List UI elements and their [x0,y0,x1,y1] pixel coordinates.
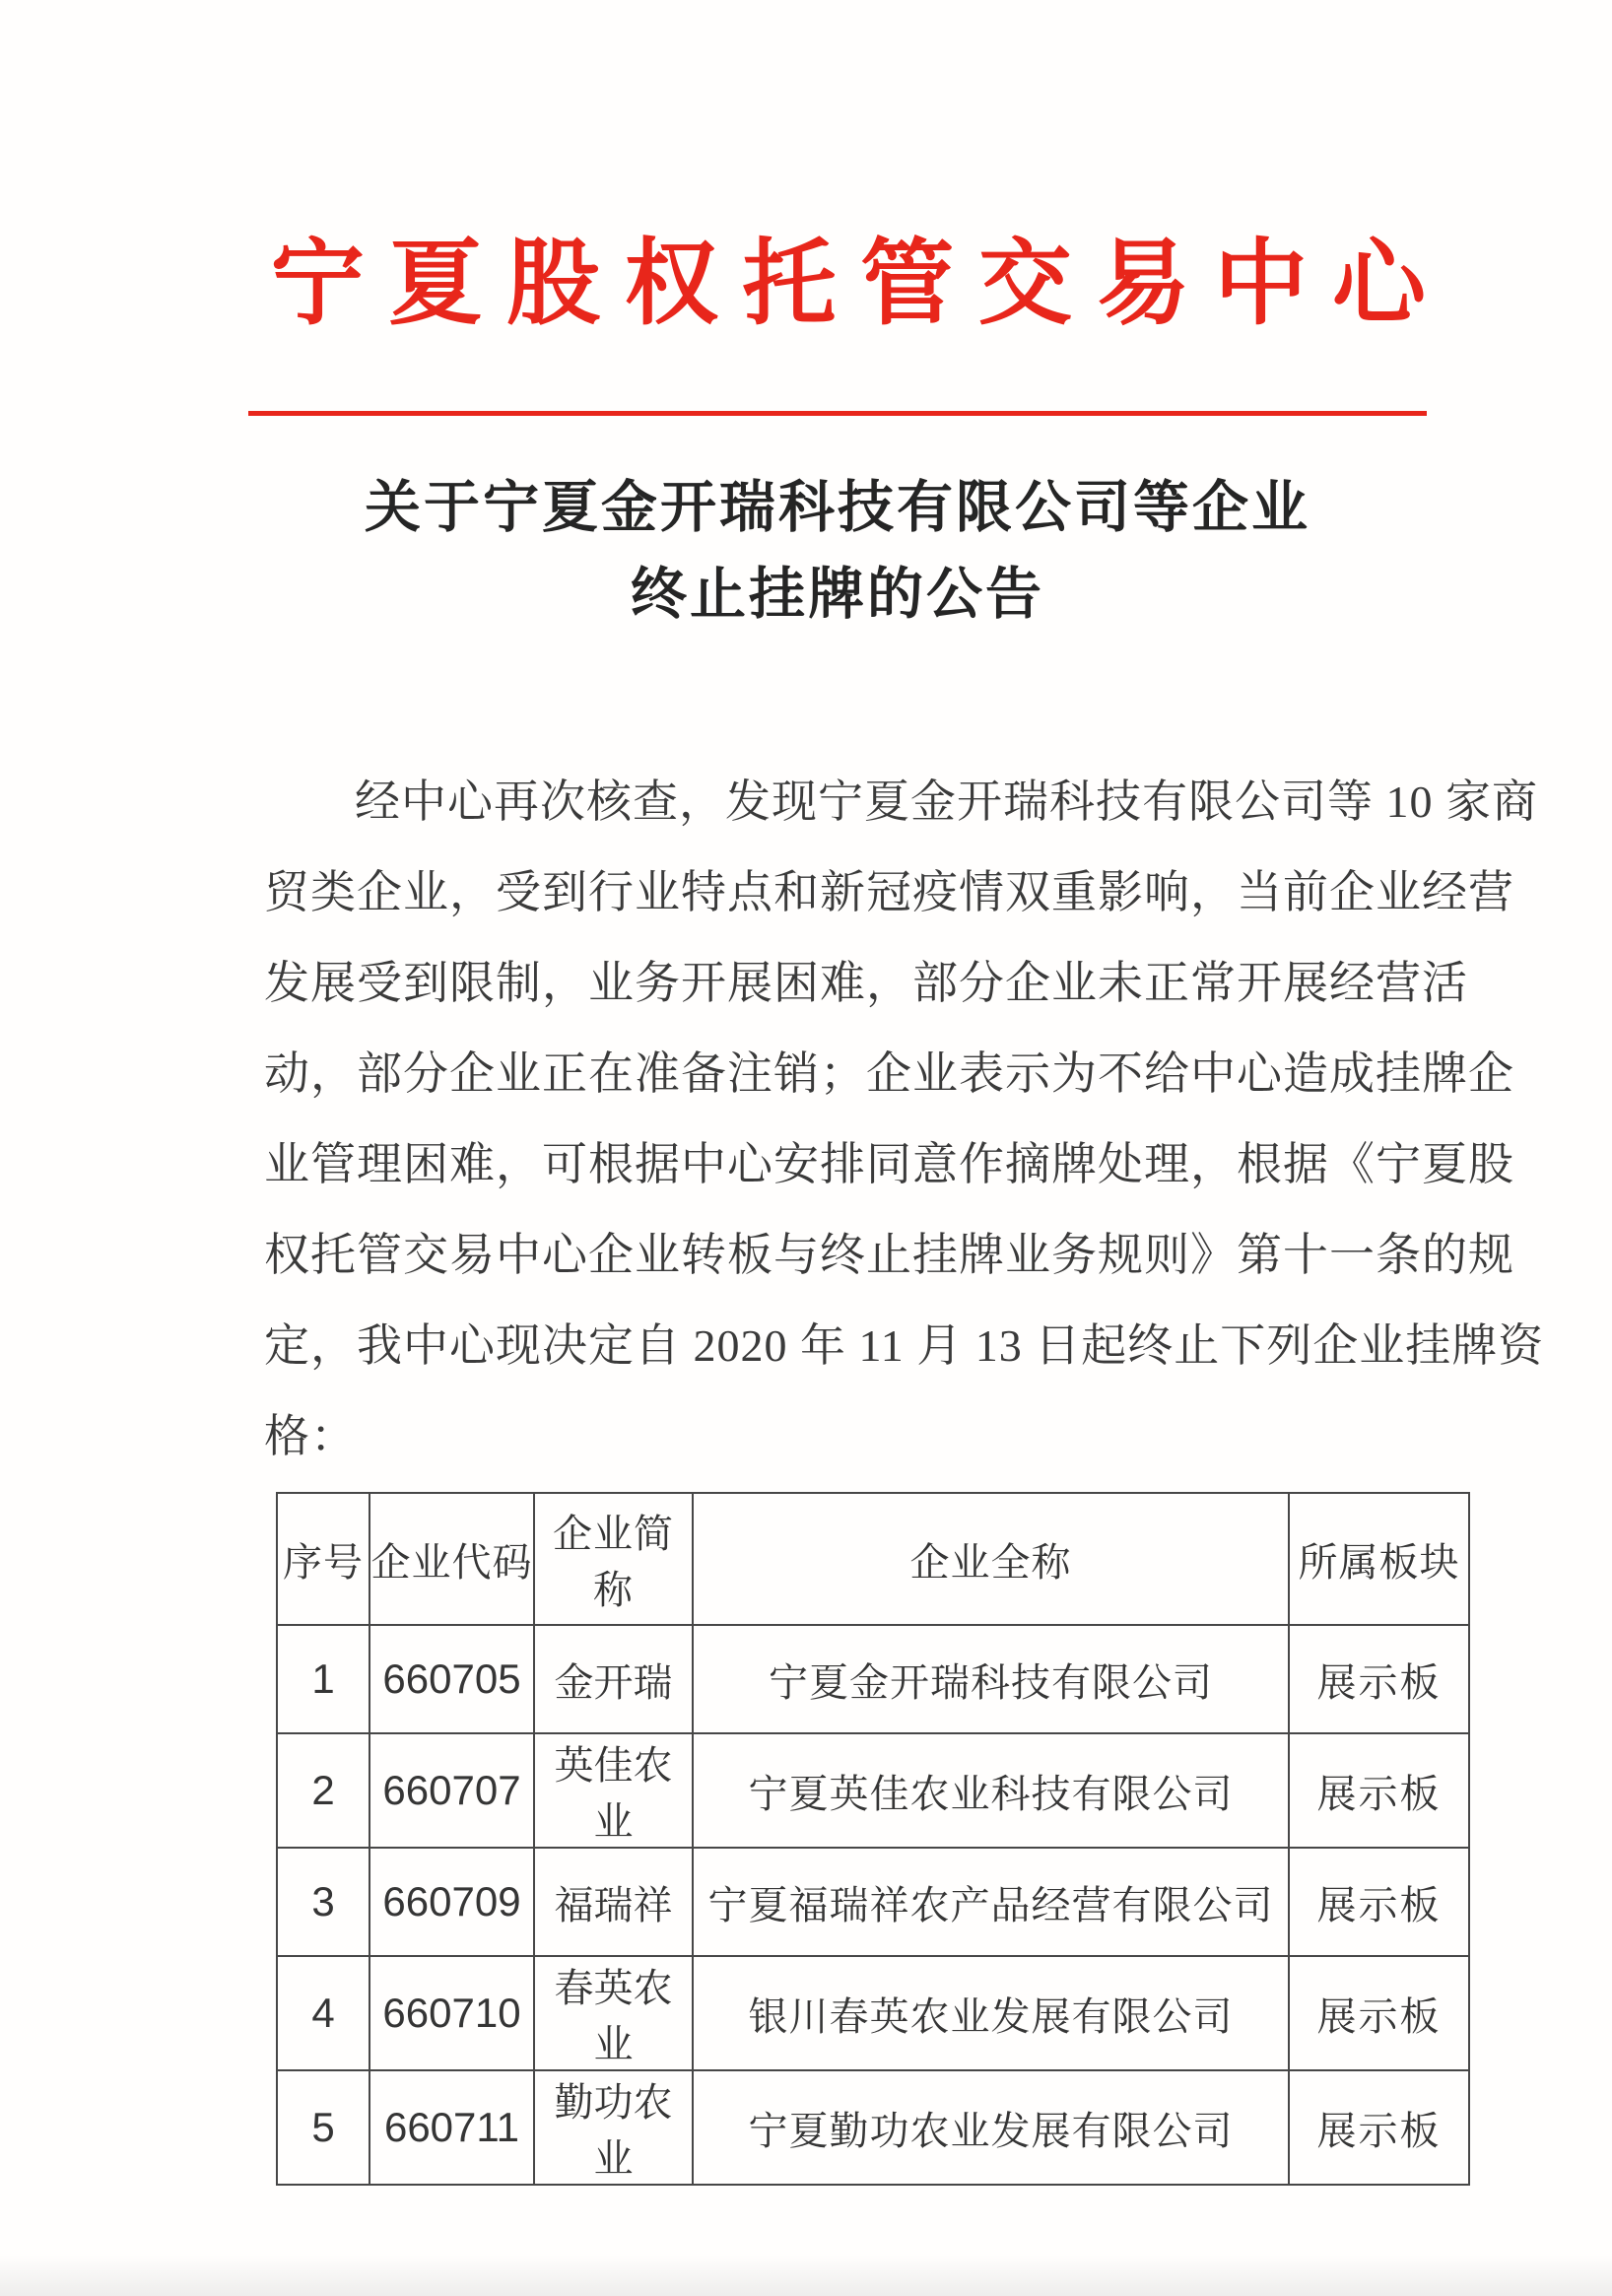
table-row: 3 660709 福瑞祥 宁夏福瑞祥农产品经营有限公司 展示板 [277,1848,1469,1956]
announcement-title-line2: 终止挂牌的公告 [246,552,1429,639]
body-line: 经中心再次核查，发现宁夏金开瑞科技有限公司等 10 家商 [264,757,1383,847]
header-企业简称: 企业简称 [534,1493,693,1625]
cell-board: 展示板 [1289,2070,1469,2185]
header-所属板块: 所属板块 [1289,1493,1469,1625]
table-row: 2 660707 英佳农业 宁夏英佳农业科技有限公司 展示板 [277,1733,1469,1848]
cell-short-name: 英佳农业 [534,1733,693,1848]
cell-no: 4 [277,1956,369,2070]
table-header-row: 序号 企业代码 企业简称 企业全称 所属板块 [277,1493,1469,1625]
body-line: 业管理困难，可根据中心安排同意作摘牌处理，根据《宁夏股 [264,1119,1383,1210]
body-line: 权托管交易中心企业转板与终止挂牌业务规则》第十一条的规 [264,1210,1383,1301]
header-序号: 序号 [277,1493,369,1625]
cell-short-name: 勤功农业 [534,2070,693,2185]
cell-code: 660710 [369,1956,534,2070]
cell-full-name: 宁夏金开瑞科技有限公司 [693,1625,1289,1733]
table-row: 4 660710 春英农业 银川春英农业发展有限公司 展示板 [277,1956,1469,2070]
body-line: 格： [264,1391,1383,1482]
header-企业全称: 企业全称 [693,1493,1289,1625]
body-line: 贸类企业，受到行业特点和新冠疫情双重影响，当前企业经营 [264,847,1383,938]
announcement-title-line1: 关于宁夏金开瑞科技有限公司等企业 [246,465,1429,552]
cell-code: 660709 [369,1848,534,1956]
cell-short-name: 福瑞祥 [534,1848,693,1956]
letterhead-divider [248,411,1427,416]
table-row: 1 660705 金开瑞 宁夏金开瑞科技有限公司 展示板 [277,1625,1469,1733]
cell-full-name: 宁夏勤功农业发展有限公司 [693,2070,1289,2185]
cell-full-name: 宁夏英佳农业科技有限公司 [693,1733,1289,1848]
announcement-title: 关于宁夏金开瑞科技有限公司等企业 终止挂牌的公告 [246,465,1429,639]
cell-no: 5 [277,2070,369,2185]
cell-board: 展示板 [1289,1625,1469,1733]
cell-no: 2 [277,1733,369,1848]
cell-short-name: 金开瑞 [534,1625,693,1733]
cell-board: 展示板 [1289,1956,1469,2070]
cell-board: 展示板 [1289,1848,1469,1956]
termination-table: 序号 企业代码 企业简称 企业全称 所属板块 1 660705 金开瑞 宁夏金开… [276,1492,1470,2186]
cell-no: 3 [277,1848,369,1956]
body-line: 动，部分企业正在准备注销；企业表示为不给中心造成挂牌企 [264,1029,1383,1119]
letterhead-title: 宁夏股权托管交易中心 [246,209,1429,343]
body-line: 发展受到限制，业务开展困难，部分企业未正常开展经营活 [264,938,1383,1029]
document-page: 宁夏股权托管交易中心 关于宁夏金开瑞科技有限公司等企业 终止挂牌的公告 经中心再… [0,0,1612,2296]
table-row: 5 660711 勤功农业 宁夏勤功农业发展有限公司 展示板 [277,2070,1469,2185]
cell-no: 1 [277,1625,369,1733]
cell-code: 660711 [369,2070,534,2185]
cell-code: 660705 [369,1625,534,1733]
cell-code: 660707 [369,1733,534,1848]
header-企业代码: 企业代码 [369,1493,534,1625]
cell-full-name: 银川春英农业发展有限公司 [693,1956,1289,2070]
cell-full-name: 宁夏福瑞祥农产品经营有限公司 [693,1848,1289,1956]
announcement-body: 经中心再次核查，发现宁夏金开瑞科技有限公司等 10 家商 贸类企业，受到行业特点… [264,757,1383,1482]
cell-board: 展示板 [1289,1733,1469,1848]
cell-short-name: 春英农业 [534,1956,693,2070]
body-line: 定，我中心现决定自 2020 年 11 月 13 日起终止下列企业挂牌资 [264,1301,1383,1391]
